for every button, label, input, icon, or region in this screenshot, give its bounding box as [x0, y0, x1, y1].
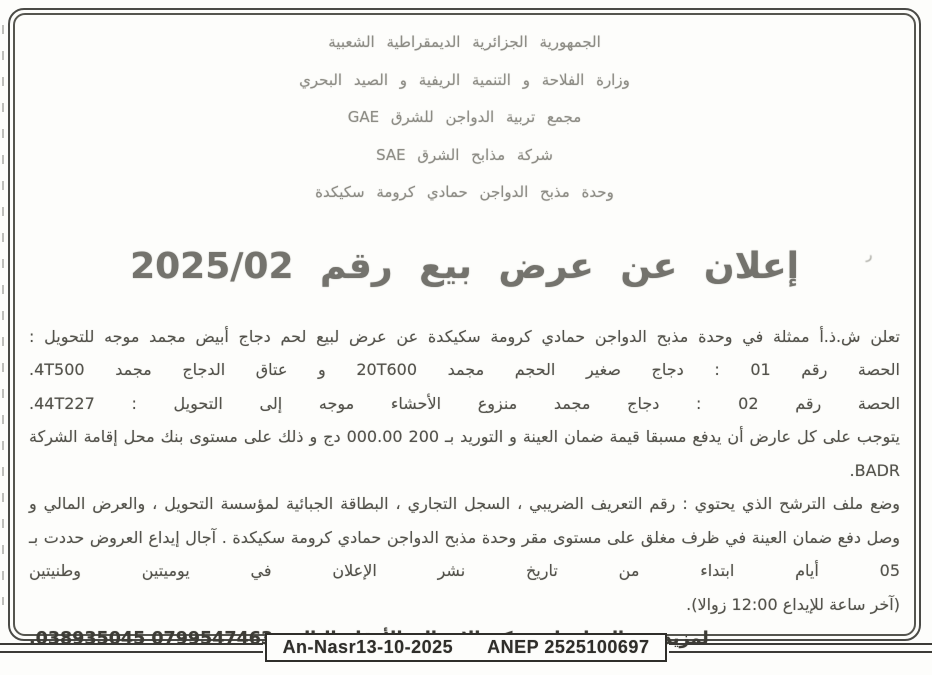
body-file-requirements-line: وضع ملف الترشح الذي يحتوي : رقم التعريف …	[29, 487, 900, 588]
announcement-body: تعلن ش.ذ.أ ممثلة في وحدة مذبح الدواجن حم…	[29, 320, 900, 657]
footer-anep-number: ANEP 2525100697	[487, 637, 649, 658]
header-ministry-line: وزارة الفلاحة و التنمية الريفية و الصيد …	[29, 62, 900, 100]
deadline-note: (آخر ساعة للإيداع 12:00 زوالا).	[29, 588, 900, 622]
header-republic-line: الجمهورية الجزائرية الديمقراطية الشعبية	[29, 24, 900, 62]
announcement-title: إعلان عن عرض بيع رقم 2025/02	[29, 238, 900, 296]
body-lot2-line: الحصة رقم 02 : دجاج مجمد منزوع الأحشاء م…	[29, 387, 900, 421]
scan-edge-artifacts	[2, 25, 4, 605]
scanned-announcement-page: ﺭ الجمهورية الجزائرية الديمقراطية الشعبي…	[0, 0, 932, 675]
footer-rule-right	[669, 643, 932, 653]
header-group-line: مجمع تربية الدواجن للشرق GAE	[29, 99, 900, 137]
footer-credit-box: An-Nasr13-10-2025 ANEP 2525100697	[265, 633, 668, 662]
footer-rule-left	[0, 643, 263, 653]
body-guarantee-line: يتوجب على كل عارض أن يدفع مسبقا قيمة ضما…	[29, 420, 900, 487]
body-lot1-line: الحصة رقم 01 : دجاج صغير الحجم مجمد 20T6…	[29, 353, 900, 387]
body-intro-line: تعلن ش.ذ.أ ممثلة في وحدة مذبح الدواجن حم…	[29, 320, 900, 354]
footer-publication-date: An-Nasr13-10-2025	[283, 637, 454, 658]
announcement-content: الجمهورية الجزائرية الديمقراطية الشعبية …	[15, 10, 914, 639]
header-unit-line: وحدة مذبح الدواجن حمادي كرومة سكيكدة	[29, 174, 900, 212]
header-company-line: شركة مذابح الشرق SAE	[29, 137, 900, 175]
footer-credit-strip: An-Nasr13-10-2025 ANEP 2525100697	[0, 633, 932, 662]
